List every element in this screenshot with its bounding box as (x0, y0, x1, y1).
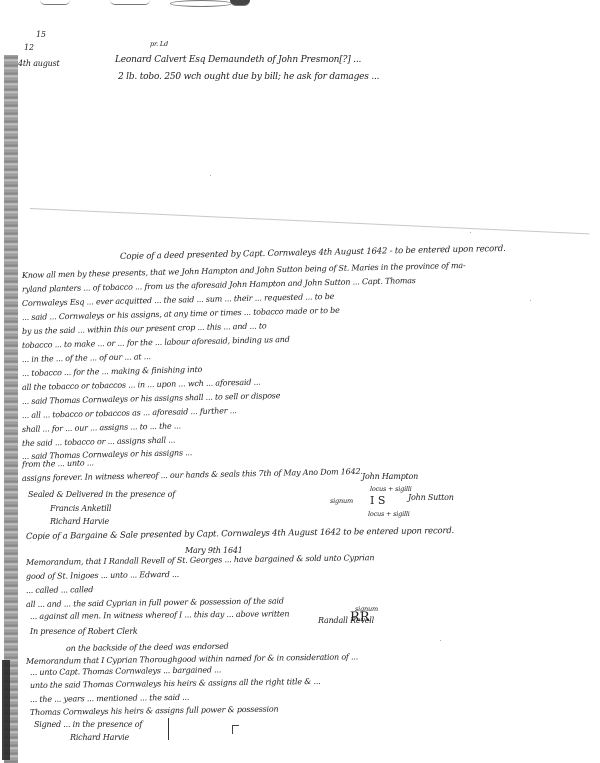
signum-label: signum (355, 605, 378, 613)
witness-name: Francis Anketill (50, 504, 111, 513)
speck (530, 300, 531, 301)
signatory-name: John Sutton (408, 493, 454, 502)
manuscript-page: 15 12 4th august pr. Ld Leonard Calvert … (0, 0, 600, 763)
bargain-date: Mary 9th 1641 (185, 546, 243, 555)
deed-line: Cornwaleys Esq ... ever acquitted ... th… (22, 292, 334, 308)
header-line: 2 lb. tobo. 250 wch ought due by bill; h… (118, 72, 379, 82)
ink-stroke (232, 725, 239, 734)
binding-edge (4, 55, 18, 763)
deed-line: ... said Thomas Cornwaleys or his assign… (22, 391, 280, 406)
top-edge-fragments (40, 0, 280, 8)
bargain-line: good of St. Inigoes ... unto ... Edward … (26, 570, 179, 581)
deed-line: ... all ... tobacco or tobaccos as ... a… (22, 406, 237, 420)
deed-line: assigns forever. In witness whereof ... … (22, 467, 363, 483)
endorsement-heading: on the backside of the deed was endorsed (66, 642, 229, 653)
deed-line: ... said ... Cornwaleys or his assigns, … (22, 306, 340, 322)
signatory-name: John Hampton (362, 472, 418, 481)
deed-line: the said ... tobacco or ... assigns shal… (22, 436, 175, 448)
deed-line: tobacco ... to make ... or ... for the .… (22, 335, 290, 350)
binding-edge-dark (2, 660, 10, 760)
speck (440, 640, 441, 641)
bargain-line: ... against all men. In witness whereof … (30, 609, 289, 621)
endorsement-witness: Richard Harvie (70, 733, 129, 742)
ink-stroke (168, 718, 169, 740)
signatory-mark: I S (370, 494, 385, 507)
seal-note: locus + sigilli (370, 485, 412, 493)
deed-title: Copie of a deed presented by Capt. Cornw… (120, 244, 506, 262)
deed-line: from the ... unto ... (22, 458, 94, 469)
deed-line: ryland planters ... of tobacco ... from … (22, 276, 416, 294)
deed-line: all the tobacco or tobaccos ... in ... u… (22, 378, 261, 392)
signum-label: signum (330, 497, 353, 505)
endorsement-line: unto the said Thomas Cornwaleys his heir… (30, 677, 321, 690)
endorsement-line: ... unto Capt. Thomas Cornwaleys ... bar… (30, 665, 221, 677)
margin-note: 4th august (18, 59, 60, 68)
witness-name: Richard Harvie (50, 517, 109, 526)
endorsement-line: Memorandum that I Cyprian Thoroughgood w… (26, 652, 358, 666)
margin-note: 15 (36, 30, 46, 39)
bargain-witness: In presence of Robert Clerk (30, 627, 138, 636)
endorsement-line: Thomas Cornwaleys his heirs & assigns fu… (30, 705, 279, 717)
deed-line: ... in the ... of the ... of our ... at … (22, 352, 151, 364)
endorsement-witness-label: Signed ... in the presence of (34, 720, 142, 729)
bargain-title: Copie of a Bargaine & Sale presented by … (26, 526, 454, 542)
bargain-line: all ... and ... the said Cyprian in full… (26, 596, 284, 609)
deed-line: shall ... for ... our ... assigns ... to… (22, 421, 181, 434)
bargain-line: Memorandum, that I Randall Revell of St.… (26, 553, 374, 567)
speck (210, 175, 211, 176)
bargain-line: ... called ... called (26, 585, 93, 595)
deed-line: ... tobacco ... for the ... making & fin… (22, 365, 202, 378)
endorsement-line: ... the ... years ... mentioned ... the … (30, 693, 189, 704)
header-line: Leonard Calvert Esq Demaundeth of John P… (115, 55, 361, 65)
seal-note: locus + sigilli (368, 510, 410, 518)
margin-note: 12 (24, 43, 34, 52)
witness-label: Sealed & Delivered in the presence of (28, 490, 175, 499)
fold-line (30, 208, 589, 234)
deed-line: by us the said ... within this our prese… (22, 321, 267, 336)
speck (470, 232, 471, 233)
interlinear-note: pr. Ld (150, 40, 168, 48)
